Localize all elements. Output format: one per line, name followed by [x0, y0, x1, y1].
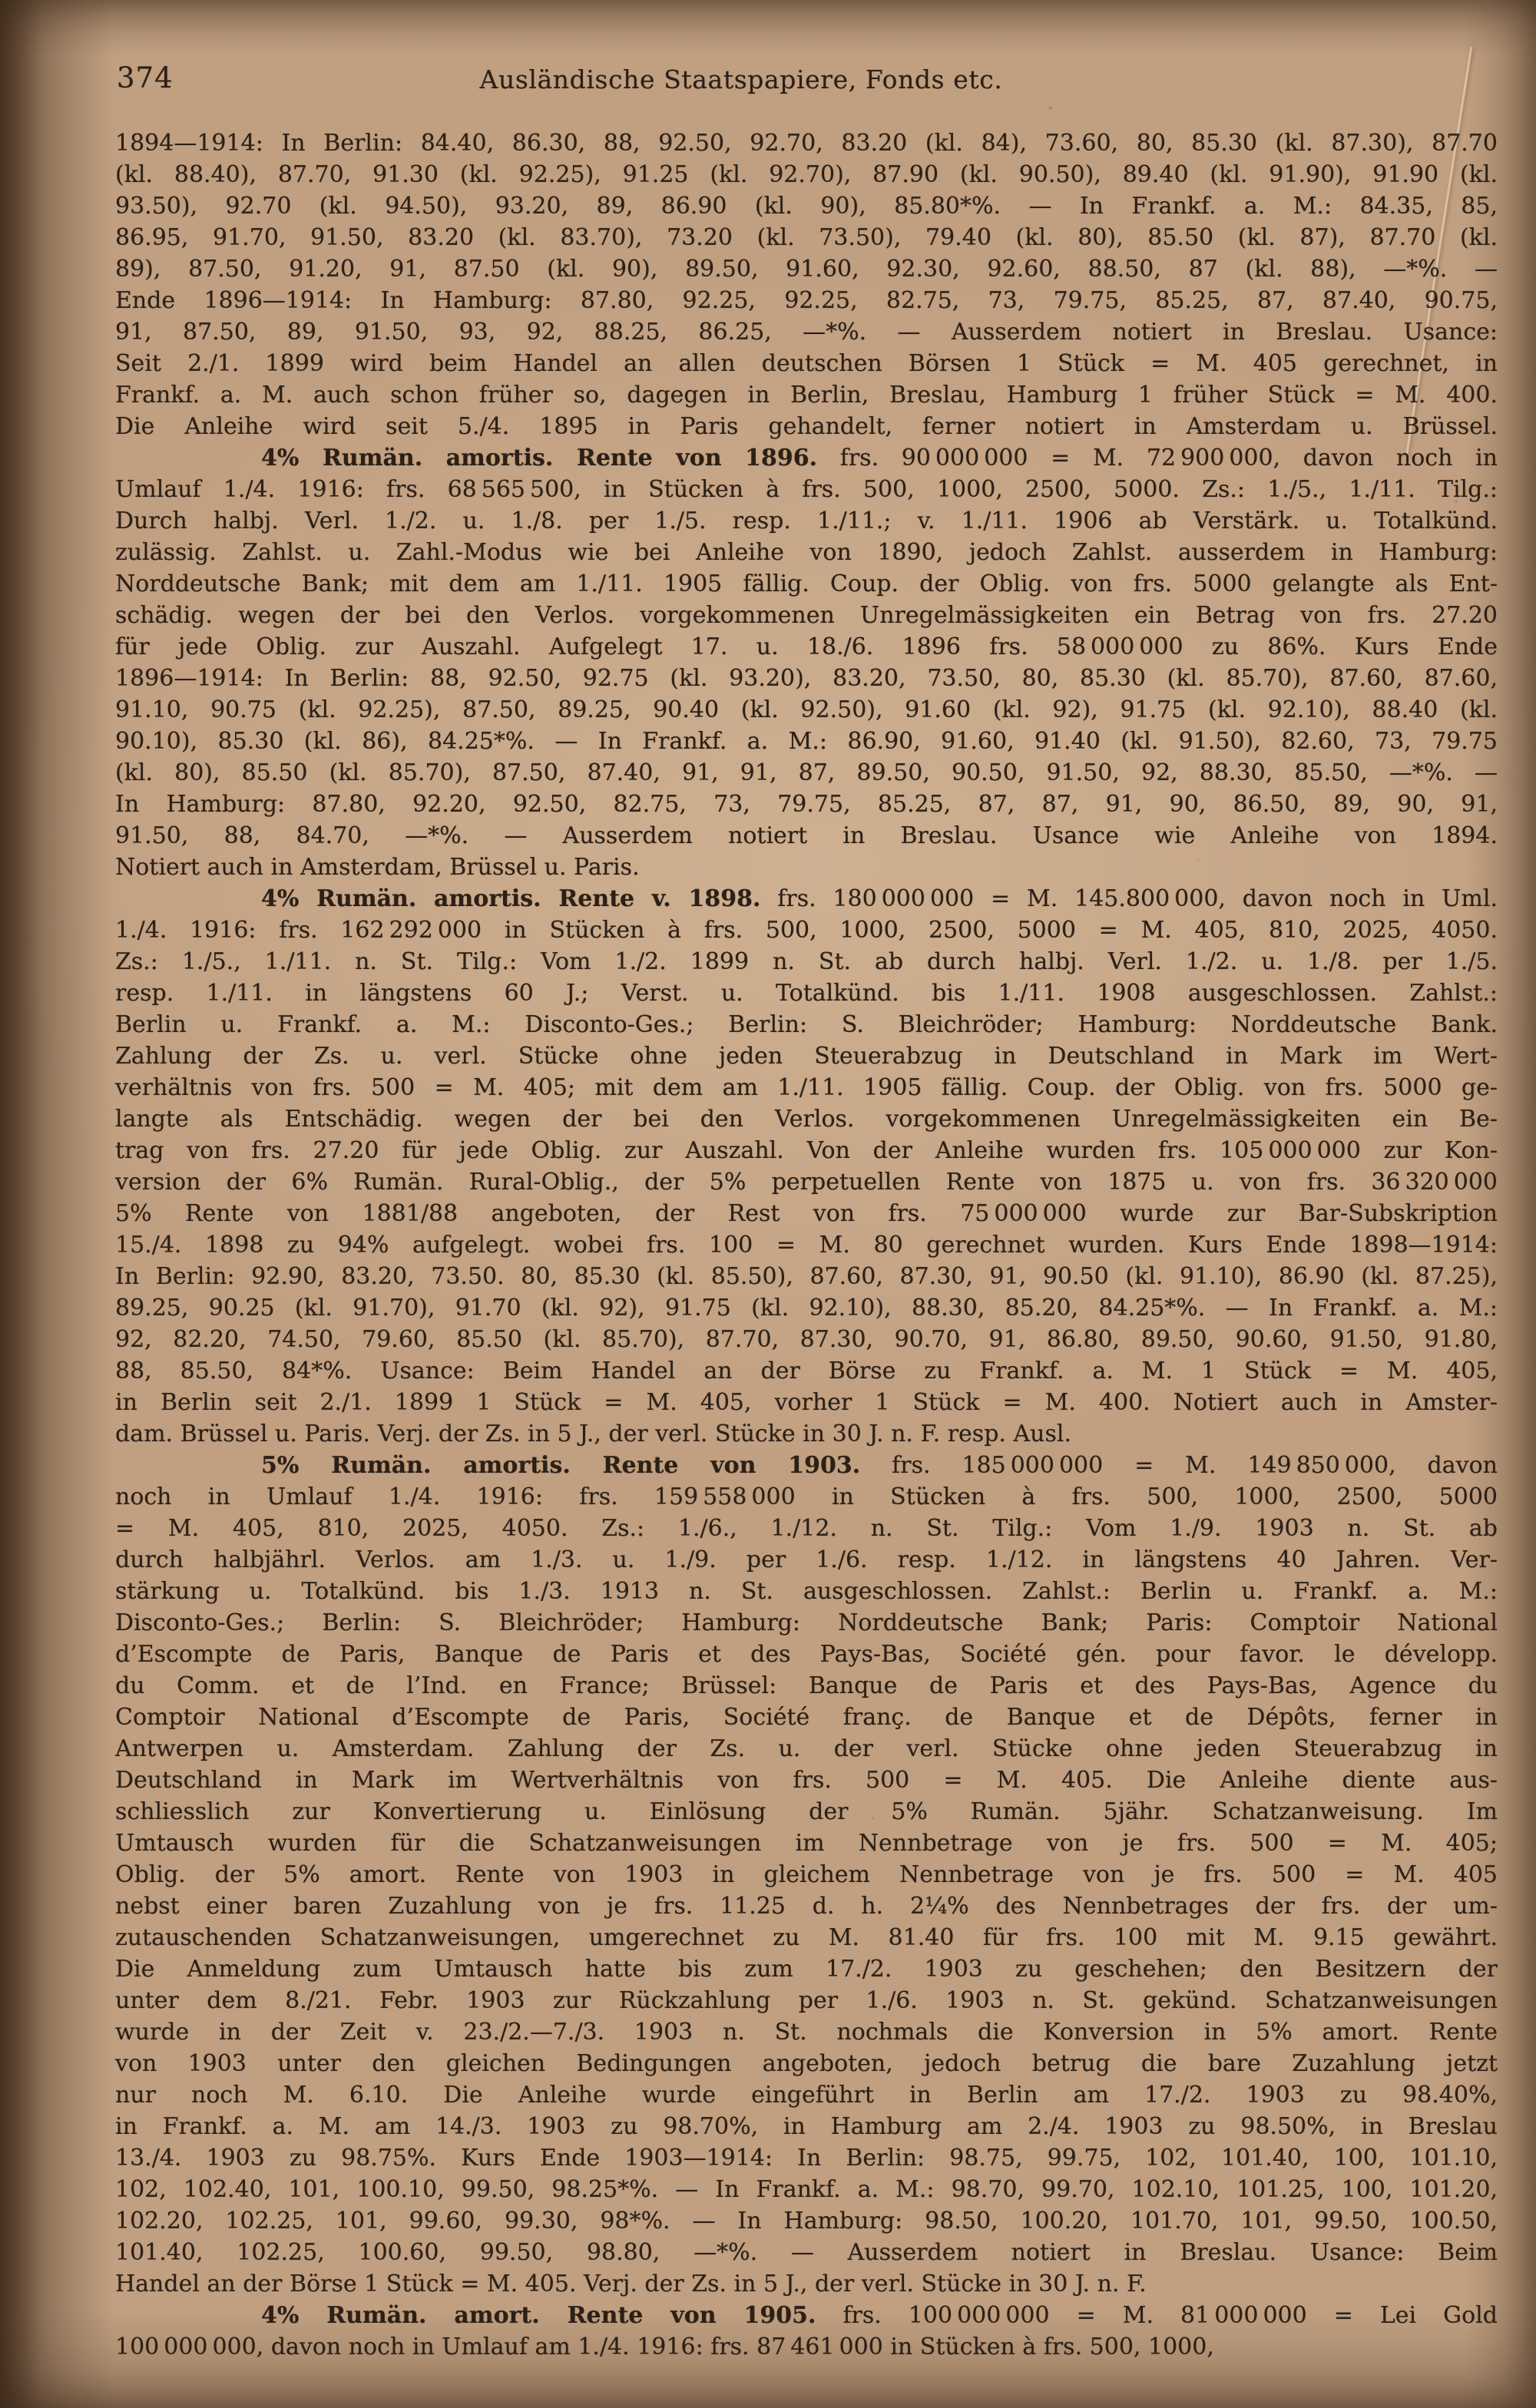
text-line: langte als Entschädig. wegen der bei den… [115, 1103, 1498, 1135]
text-line: 92, 82.20, 74.50, 79.60, 85.50 (kl. 85.7… [115, 1324, 1498, 1355]
text-line: Seit 2./1. 1899 wird beim Handel an alle… [115, 348, 1498, 379]
text-line: 86.95, 91.70, 91.50, 83.20 (kl. 83.70), … [115, 222, 1498, 253]
text-line: 5% Rente von 1881/88 angeboten, der Rest… [115, 1198, 1498, 1229]
text-line: 1894—1914: In Berlin: 84.40, 86.30, 88, … [115, 127, 1498, 159]
text-line: Berlin u. Frankf. a. M.: Disconto-Ges.; … [115, 1009, 1498, 1040]
text-line: In Berlin: 92.90, 83.20, 73.50. 80, 85.3… [115, 1261, 1498, 1292]
text-line: 13./4. 1903 zu 98.75%. Kurs Ende 1903—19… [115, 2142, 1498, 2174]
text-line: Umtausch wurden für die Schatzanweisunge… [115, 1827, 1498, 1859]
text-line: 100 000 000, davon noch in Umlauf am 1./… [115, 2331, 1498, 2363]
text-line: 101.40, 102.25, 100.60, 99.50, 98.80, —*… [115, 2237, 1498, 2268]
text-line: (kl. 80), 85.50 (kl. 85.70), 87.50, 87.4… [115, 757, 1498, 789]
text-line: dam. Brüssel u. Paris. Verj. der Zs. in … [115, 1418, 1498, 1450]
text-line: von 1903 unter den gleichen Bedingungen … [115, 2048, 1498, 2079]
text-line: 89), 87.50, 91.20, 91, 87.50 (kl. 90), 8… [115, 253, 1498, 285]
text-line: Die Anmeldung zum Umtausch hatte bis zum… [115, 1953, 1498, 1985]
text-line: In Hamburg: 87.80, 92.20, 92.50, 82.75, … [115, 789, 1498, 820]
text-line: schädig. wegen der bei den Verlos. vorge… [115, 600, 1498, 631]
text-line: Antwerpen u. Amsterdam. Zahlung der Zs. … [115, 1733, 1498, 1765]
text-line: Handel an der Börse 1 Stück = M. 405. Ve… [115, 2268, 1498, 2300]
text-line: durch halbjährl. Verlos. am 1./3. u. 1./… [115, 1544, 1498, 1576]
text-line: stärkung u. Totalkünd. bis 1./3. 1913 n.… [115, 1576, 1498, 1607]
text-line: Die Anleihe wird seit 5./4. 1895 in Pari… [115, 411, 1498, 442]
text-line: du Comm. et de l’Ind. en France; Brüssel… [115, 1670, 1498, 1702]
text-line: 15./4. 1898 zu 94% aufgelegt. wobei frs.… [115, 1229, 1498, 1261]
text-line: resp. 1./11. in längstens 60 J.; Verst. … [115, 977, 1498, 1009]
text-line: Durch halbj. Verl. 1./2. u. 1./8. per 1.… [115, 505, 1498, 537]
page-title: Ausländische Staatspapiere, Fonds etc. [115, 64, 1367, 94]
text-line: Zs.: 1./5., 1./11. n. St. Tilg.: Vom 1./… [115, 946, 1498, 977]
text-line: in Berlin seit 2./1. 1899 1 Stück = M. 4… [115, 1387, 1498, 1418]
text-line: verhältnis von frs. 500 = M. 405; mit de… [115, 1072, 1498, 1103]
text-line: Disconto-Ges.; Berlin: S. Bleichröder; H… [115, 1607, 1498, 1639]
text-line: zulässig. Zahlst. u. Zahl.-Modus wie bei… [115, 537, 1498, 568]
entry-heading: 5% Rumän. amortis. Rente von 1903. [261, 1452, 860, 1479]
text-line: für jede Oblig. zur Auszahl. Aufgelegt 1… [115, 631, 1498, 663]
text-line: Deutschland in Mark im Wertverhältnis vo… [115, 1765, 1498, 1796]
text-line: d’Escompte de Paris, Banque de Paris et … [115, 1639, 1498, 1670]
text-line: schliesslich zur Konvertierung u. Einlös… [115, 1796, 1498, 1827]
text-line: noch in Umlauf 1./4. 1916: frs. 159 558 … [115, 1481, 1498, 1513]
text-line: Zahlung der Zs. u. verl. Stücke ohne jed… [115, 1040, 1498, 1072]
text-line: in Frankf. a. M. am 14./3. 1903 zu 98.70… [115, 2111, 1498, 2142]
entry-heading: 4% Rumän. amortis. Rente v. 1898. [261, 885, 760, 912]
text-line: Notiert auch in Amsterdam, Brüssel u. Pa… [115, 852, 1498, 883]
text-line: Comptoir National d’Escompte de Paris, S… [115, 1702, 1498, 1733]
text-line: nebst einer baren Zuzahlung von je frs. … [115, 1890, 1498, 1922]
book-page: 374 Ausländische Staatspapiere, Fonds et… [0, 0, 1536, 2408]
text-line: Ende 1896—1914: In Hamburg: 87.80, 92.25… [115, 285, 1498, 316]
text-line: 91.10, 90.75 (kl. 92.25), 87.50, 89.25, … [115, 694, 1498, 726]
text-line: Umlauf 1./4. 1916: frs. 68 565 500, in S… [115, 474, 1498, 505]
text-line: 89.25, 90.25 (kl. 91.70), 91.70 (kl. 92)… [115, 1292, 1498, 1324]
text-line: nur noch M. 6.10. Die Anleihe wurde eing… [115, 2079, 1498, 2111]
text-line: 102, 102.40, 101, 100.10, 99.50, 98.25*%… [115, 2174, 1498, 2205]
entry-first-line: 4% Rumän. amortis. Rente von 1896. frs. … [115, 442, 1498, 474]
entry-first-line: 4% Rumän. amortis. Rente v. 1898. frs. 1… [115, 883, 1498, 915]
text-line: 102.20, 102.25, 101, 99.60, 99.30, 98*%.… [115, 2205, 1498, 2237]
text-line: 1./4. 1916: frs. 162 292 000 in Stücken … [115, 915, 1498, 946]
text-line: zutauschenden Schatzanweisungen, umgerec… [115, 1922, 1498, 1953]
text-line: version der 6% Rumän. Rural-Oblig., der … [115, 1166, 1498, 1198]
text-line: (kl. 88.40), 87.70, 91.30 (kl. 92.25), 9… [115, 159, 1498, 190]
entry-first-line: 5% Rumän. amortis. Rente von 1903. frs. … [115, 1450, 1498, 1481]
text-line: Oblig. der 5% amort. Rente von 1903 in g… [115, 1859, 1498, 1890]
entry-heading: 4% Rumän. amortis. Rente von 1896. [261, 445, 817, 471]
text-line: Norddeutsche Bank; mit dem am 1./11. 190… [115, 568, 1498, 600]
text-line: 88, 85.50, 84*%. Usance: Beim Handel an … [115, 1355, 1498, 1387]
entry-heading: 4% Rumän. amort. Rente von 1905. [261, 2302, 816, 2329]
text-line: 1896—1914: In Berlin: 88, 92.50, 92.75 (… [115, 663, 1498, 694]
text-line: 91.50, 88, 84.70, —*%. — Ausserdem notie… [115, 820, 1498, 852]
text-line: 93.50), 92.70 (kl. 94.50), 93.20, 89, 86… [115, 190, 1498, 222]
entry-first-line: 4% Rumän. amort. Rente von 1905. frs. 10… [115, 2300, 1498, 2331]
text-line: Frankf. a. M. auch schon früher so, dage… [115, 379, 1498, 411]
text-line: trag von frs. 27.20 für jede Oblig. zur … [115, 1135, 1498, 1166]
text-line: unter dem 8./21. Febr. 1903 zur Rückzahl… [115, 1985, 1498, 2016]
text-line: 90.10), 85.30 (kl. 86), 84.25*%. — In Fr… [115, 726, 1498, 757]
text-line: wurde in der Zeit v. 23./2.—7./3. 1903 n… [115, 2016, 1498, 2048]
text-block: 1894—1914: In Berlin: 84.40, 86.30, 88, … [115, 127, 1498, 2363]
text-line: = M. 405, 810, 2025, 4050. Zs.: 1./6., 1… [115, 1513, 1498, 1544]
text-line: 91, 87.50, 89, 91.50, 93, 92, 88.25, 86.… [115, 316, 1498, 348]
